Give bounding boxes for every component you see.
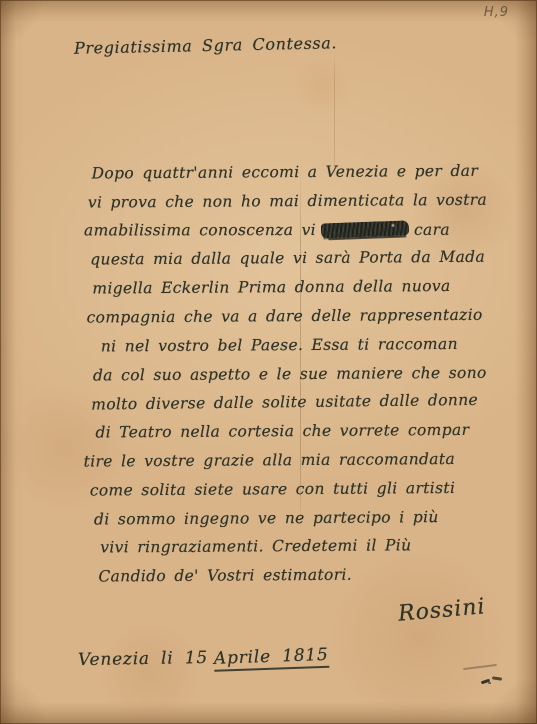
ink-smudge	[481, 676, 503, 685]
letter-line: migella Eckerlin Prima donna della nuova	[92, 272, 516, 304]
dateline: Venezia li 15Aprile 1815	[78, 646, 329, 673]
ink-smudge-stroke	[463, 664, 497, 670]
letter-line: molto diverse dalle solite usitate dalle…	[91, 386, 517, 420]
letter-line: compagnia che va a dare delle rappresent…	[87, 301, 517, 333]
letter-line: come solita siete usare con tutti gli ar…	[90, 473, 518, 505]
letter-line: vivi ringraziamenti. Credetemi il Più	[100, 531, 518, 563]
archival-pencil-mark: H,9	[484, 5, 509, 20]
signature: Rossini	[397, 594, 486, 627]
letter-line: ni nel vostro bel Paese. Essa ti raccoma…	[101, 329, 517, 361]
letter-line: di sommo ingegno ve ne partecipo i più	[94, 502, 518, 534]
salutation: Pregiatissima Sgra Contessa.	[74, 33, 337, 58]
letter-line-text: amabilissima conoscenza vi	[84, 221, 316, 239]
letter-line: da col suo aspetto e le sue maniere che …	[93, 358, 517, 390]
inked-out-word	[321, 220, 409, 238]
letter-page: H,9 Pregiatissima Sgra Contessa. Dopo qu…	[0, 0, 537, 724]
dateline-date: Aprile 1815	[214, 645, 329, 672]
letter-body: Dopo quattr'anni eccomi a Venezia e per …	[91, 157, 518, 592]
letter-line: Dopo quattr'anni eccomi a Venezia e per …	[91, 157, 515, 189]
letter-line: vi prova che non ho mai dimenticata la v…	[88, 185, 516, 217]
letter-line: di Teatro nella cortesia che vorrete com…	[95, 416, 517, 448]
letter-line: amabilissima conoscenza vicara	[84, 215, 516, 245]
letter-line: Candido de' Vostri estimatori.	[98, 560, 518, 592]
letter-line: questa mia dalla quale vi sarà Porta da …	[90, 243, 516, 275]
letter-line-text: cara	[414, 220, 450, 238]
letter-line: tire le vostre grazie alla mia raccomand…	[84, 444, 518, 476]
dateline-place: Venezia li 15	[78, 648, 208, 670]
